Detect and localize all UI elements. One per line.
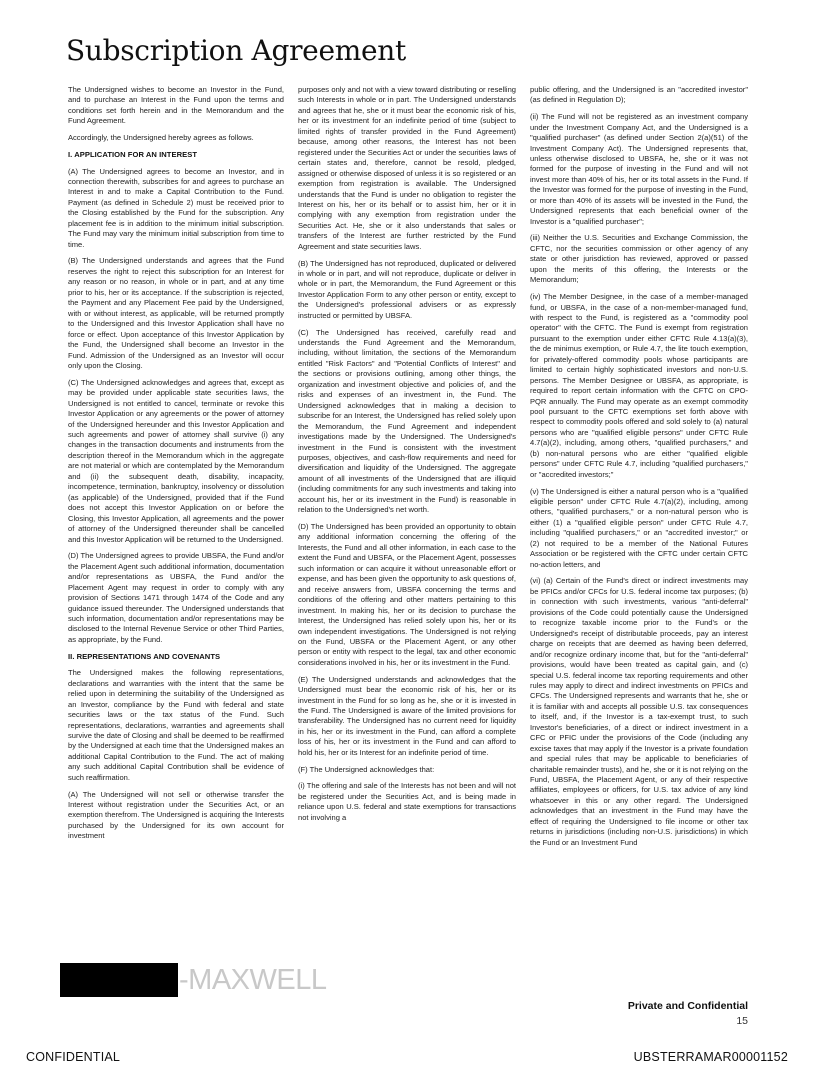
clause-i-d: (D) The Undersigned agrees to provide UB… (68, 551, 284, 645)
page-number: 15 (736, 1015, 748, 1027)
section-heading-representations: II. REPRESENTATIONS AND COVENANTS (68, 652, 284, 662)
clause-ii-a: (A) The Undersigned will not sell or oth… (68, 790, 284, 842)
clause-ii-f: (F) The Undersigned acknowledges that: (298, 765, 516, 775)
clause-i-b: (B) The Undersigned understands and agre… (68, 256, 284, 371)
clause-ii-e: (E) The Undersigned understands and ackn… (298, 675, 516, 759)
representations-intro: The Undersigned makes the following repr… (68, 668, 284, 783)
text-column-3: public offering, and the Undersigned is … (530, 85, 748, 855)
clause-ii-f-vi: (vi) (a) Certain of the Fund's direct or… (530, 576, 748, 848)
clause-ii-b: (B) The Undersigned has not reproduced, … (298, 259, 516, 322)
clause-i-c: (C) The Undersigned acknowledges and agr… (68, 378, 284, 545)
clause-ii-f-i: (i) The offering and sale of the Interes… (298, 781, 516, 823)
clause-ii-f-iii: (iii) Neither the U.S. Securities and Ex… (530, 233, 748, 285)
clause-ii-d: (D) The Undersigned has been provided an… (298, 522, 516, 668)
clause-ii-f-v: (v) The Undersigned is either a natural … (530, 487, 748, 571)
text-column-2: purposes only and not with a view toward… (298, 85, 516, 829)
text-column-1: The Undersigned wishes to become an Inve… (68, 85, 284, 848)
bates-number: UBSTERRAMAR00001152 (634, 1050, 788, 1064)
clause-ii-a-continued: purposes only and not with a view toward… (298, 85, 516, 252)
clause-i-a: (A) The Undersigned agrees to become an … (68, 167, 284, 251)
confidential-stamp: CONFIDENTIAL (26, 1050, 120, 1064)
redaction-box (60, 963, 178, 997)
clause-ii-c: (C) The Undersigned has received, carefu… (298, 328, 516, 516)
section-heading-application: I. APPLICATION FOR AN INTEREST (68, 150, 284, 160)
intro-agreement-paragraph: Accordingly, the Undersigned hereby agre… (68, 133, 284, 143)
intro-paragraph: The Undersigned wishes to become an Inve… (68, 85, 284, 127)
clause-ii-f-ii: (ii) The Fund will not be registered as … (530, 112, 748, 227)
clause-ii-f-iv: (iv) The Member Designee, in the case of… (530, 292, 748, 480)
private-confidential-label: Private and Confidential (628, 1000, 748, 1012)
exhibit-watermark: -MAXWELL (179, 963, 326, 997)
clause-ii-f-i-continued: public offering, and the Undersigned is … (530, 85, 748, 106)
page-title: Subscription Agreement (66, 34, 406, 67)
